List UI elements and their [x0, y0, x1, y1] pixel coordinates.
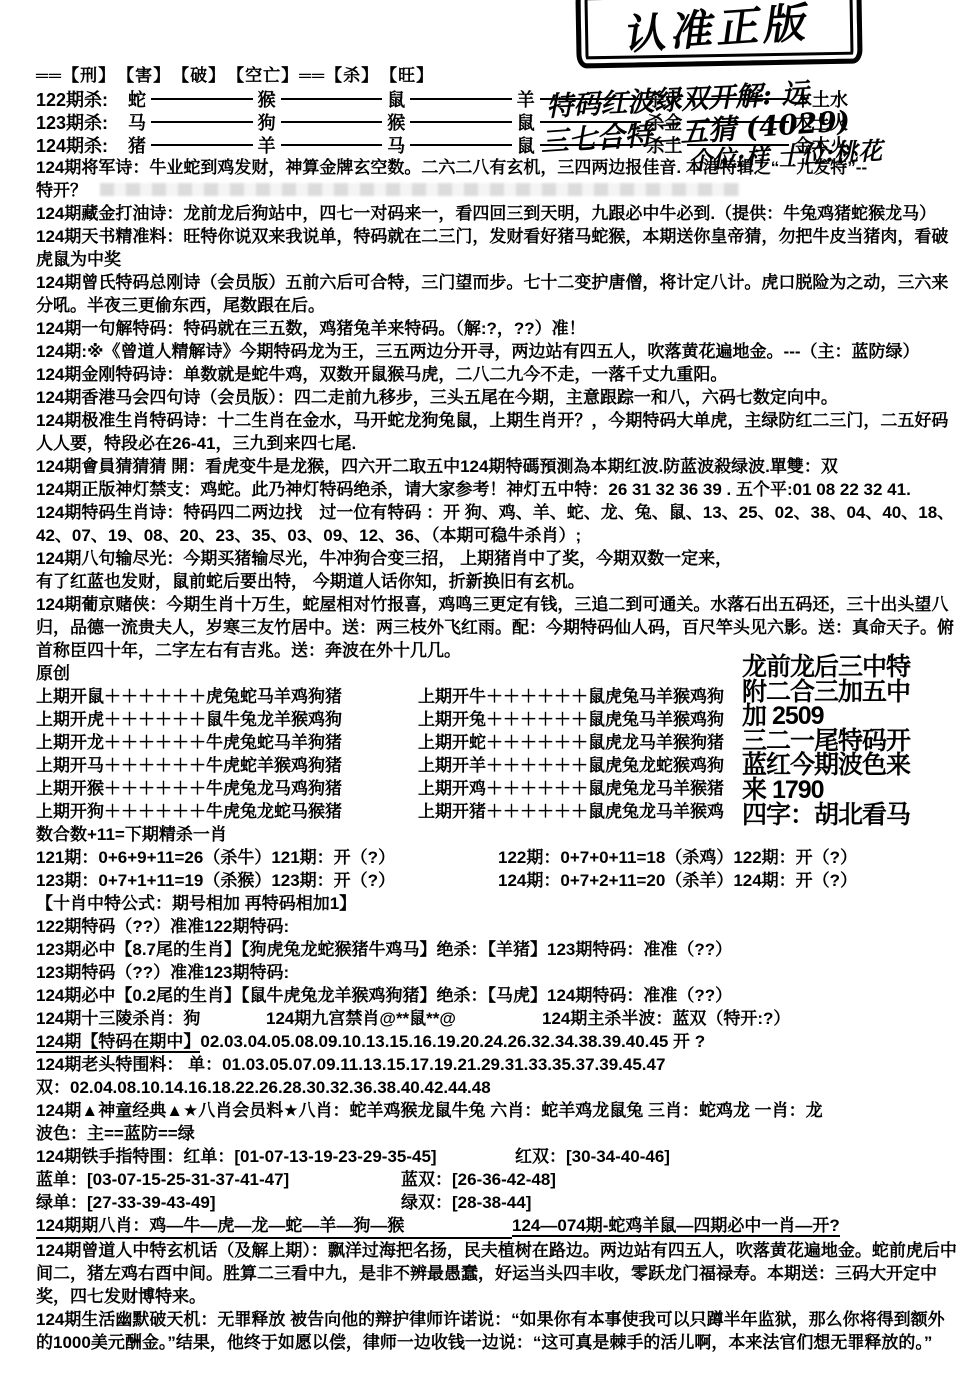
line-t123: 123期特码（??）准准123期特码:: [36, 961, 960, 984]
line-shentong: 124期▲神童经典▲★八肖会员料★八肖：蛇羊鸡猴龙鼠牛兔 六肖：蛇羊鸡龙鼠兔 三…: [36, 1099, 960, 1122]
lottery-tip-sheet: 认准正版 特码红波绿双开解: 远 三七合特二五猜 (4029) 个位:样 十位:…: [0, 0, 968, 1388]
kill-table-header: ══【刑】 【害】 【破】 【空亡】══【杀】 【旺】: [36, 64, 960, 87]
line-shengxiao-poem: 124期特码生肖诗：特码四二两边找 过一位有特码 ：开 狗、鸡、羊、蛇、龙、兔、…: [36, 501, 960, 547]
line-hkjc-poem: 124期香港马会四句诗（会员版）：四二走前九移步，三头五尾在今期，主意跟踪一和八…: [36, 386, 960, 409]
line-b123: 123期必中【8.7尾的生肖】【狗虎兔龙蛇猴猪牛鸡马】绝杀：【羊猪】123期特码…: [36, 938, 960, 961]
line-yuanchuang: 原创: [36, 662, 960, 685]
line-zengdao-poem: 124期:※《曾道人精解诗》今期特码龙为王，三五两边分开寻，两边站有四五人，吹落…: [36, 340, 960, 363]
line-laotou-even: 双：02.04.08.10.14.16.18.22.26.28.30.32.36…: [36, 1076, 960, 1099]
zodiac-row: 上期开蛇＋＋＋＋＋＋鼠虎龙马羊猴狗猪: [418, 731, 788, 754]
zodiac-row: 上期开龙＋＋＋＋＋＋牛虎兔蛇马羊狗猪: [36, 731, 390, 754]
line-laotou-odd: 124期老头特围料： 单：01.03.05.07.09.11.13.15.17.…: [36, 1053, 960, 1076]
line-b124: 124期必中【0.2尾的生肖】【鼠牛虎兔龙羊猴鸡狗猪】绝杀：【马虎】124期特码…: [36, 984, 960, 1007]
line-shisanling: 124期十三陵杀肖：狗124期九宫禁肖@**鼠**@124期主杀半波：蓝双（特开…: [36, 1007, 960, 1030]
authenticity-stamp: 认准正版: [575, 0, 862, 68]
zodiac-row: 上期开猴＋＋＋＋＋＋牛虎兔龙马鸡狗猪: [36, 777, 390, 800]
line-baju-2: 有了红蓝也发财，鼠前蛇后要出特， 今期道人话你知，折新换旧有玄机。: [36, 570, 960, 593]
line-shuhe-formula: 数合数+11=下期精杀一肖: [36, 823, 960, 846]
line-gongshi: 【十肖中特公式：期号相加 再特码相加1】: [36, 892, 960, 915]
zodiac-row: 上期开猪＋＋＋＋＋＋鼠虎兔龙马羊猴鸡: [418, 800, 788, 823]
line-xuanji: 124期曾道人中特玄机话（及解上期）：飘洋过海把名扬，民夫植树在路边。两边站有四…: [36, 1239, 960, 1308]
formula-row-1: 121期：0+6+9+11=26（杀牛）121期：开（?）122期：0+7+0+…: [36, 846, 960, 869]
line-pujing-duxia: 124期葡京赌侠：今期生肖十万生，蛇屋相对竹报喜，鸡鸣三更定有钱，三追二到可通关…: [36, 593, 960, 662]
line-t122: 122期特码（??）准准122期特码:: [36, 915, 960, 938]
line-tianshu: 124期天书精准料：旺特你说双来我说单，特码就在二三门，发财看好猪马蛇猴，本期送…: [36, 225, 960, 271]
line-baju-1: 124期八句输尽光：今期买猪输尽光，牛冲狗合变三招， 上期猪肖中了奖，今期双数一…: [36, 547, 960, 570]
line-cangjin-poem: 124期藏金打油诗：龙前龙后狗站中，四七一对码来一，看四回三到天明，九跟必中牛必…: [36, 202, 960, 225]
line-yiju-jiete: 124期一句解特码：特码就在三五数，鸡猪兔羊来特码。（解:?，??）准！: [36, 317, 960, 340]
kill-table-row: 124期杀: 猪 羊 马 鼠 杀土 金木火: [36, 133, 848, 156]
line-zaiqizhong: 124期【特码在期中】02.03.04.05.08.09.10.13.15.16…: [36, 1030, 960, 1053]
kill-table-row: 123期杀: 马 狗 猴 鼠 杀金 木土火: [36, 110, 848, 133]
stamp-text: 认准正版: [622, 0, 816, 62]
zodiac-row: 上期开鸡＋＋＋＋＋＋鼠虎兔龙马羊猴猪: [418, 777, 788, 800]
line-zengshi-poem: 124期曾氏特码总刚诗（会员版）五前六后可合特，三门望而步。七十二变护唐僧，将计…: [36, 271, 960, 317]
line-shendeng: 124期正版神灯禁支：鸡蛇。此乃神灯特码绝杀，请大家参考！神灯五中特：26 31…: [36, 478, 960, 501]
tieshou-row-blue: 蓝单：[03-07-15-25-31-37-41-47]蓝双：[26-36-42…: [36, 1168, 960, 1191]
line-qibaxiao: 124期期八肖：鸡—牛—虎—龙—蛇—羊—狗—猴124—074期-蛇鸡羊鼠—四期必…: [36, 1214, 960, 1239]
line-huiyuan-guess: 124期會員猜猜猜 開：看虎变牛是龙猴，四六开二取五中124期特碼預測為本期红波…: [36, 455, 960, 478]
zodiac-row: 上期开羊＋＋＋＋＋＋鼠虎兔龙蛇猴鸡狗: [418, 754, 788, 777]
line-tekai: 特开？: [36, 179, 960, 202]
line-bose: 波色：主==蓝防==绿: [36, 1122, 960, 1145]
line-jizhun-poem: 124期极准生肖特码诗：十二生肖在金水，马开蛇龙狗兔鼠，上期生肖开？，今期特码大…: [36, 409, 960, 455]
zodiac-reference-table: 上期开鼠＋＋＋＋＋＋虎兔蛇马羊鸡狗猪 上期开虎＋＋＋＋＋＋鼠牛兔龙羊猴鸡狗 上期…: [36, 685, 960, 823]
zodiac-right-column: 上期开牛＋＋＋＋＋＋鼠虎兔马羊猴鸡狗 上期开兔＋＋＋＋＋＋鼠虎兔马羊猴鸡狗 上期…: [418, 685, 788, 823]
line-jingang-poem: 124期金刚特码诗：单数就是蛇牛鸡，双数开鼠猴马虎，二八二九今不走，一落千丈九重…: [36, 363, 960, 386]
line-jiangjun-poem: 124期将军诗：牛业蛇到鸡发财，神算金牌玄空数。二六二八有玄机，三四两边报佳音.…: [36, 156, 960, 179]
kill-table-row: 122期杀: 蛇 猴 鼠 羊 杀火 木土水: [36, 87, 848, 110]
zodiac-row: 上期开马＋＋＋＋＋＋牛虎蛇羊猴鸡狗猪: [36, 754, 390, 777]
main-text-column: ══【刑】 【害】 【破】 【空亡】══【杀】 【旺】 122期杀: 蛇 猴 鼠…: [36, 64, 960, 1354]
zodiac-row: 上期开鼠＋＋＋＋＋＋虎兔蛇马羊鸡狗猪: [36, 685, 390, 708]
tieshou-row-green: 绿单：[27-33-39-43-49]绿双：[28-38-44]: [36, 1191, 960, 1214]
zodiac-row: 上期开兔＋＋＋＋＋＋鼠虎兔马羊猴鸡狗: [418, 708, 788, 731]
zodiac-row: 上期开狗＋＋＋＋＋＋牛虎兔龙蛇马猴猪: [36, 800, 390, 823]
zodiac-left-column: 上期开鼠＋＋＋＋＋＋虎兔蛇马羊鸡狗猪 上期开虎＋＋＋＋＋＋鼠牛兔龙羊猴鸡狗 上期…: [36, 685, 390, 823]
zodiac-row: 上期开虎＋＋＋＋＋＋鼠牛兔龙羊猴鸡狗: [36, 708, 390, 731]
line-youmo: 124期生活幽默破天机：无罪释放 被告向他的辩护律师许诺说：“如果你有本事使我可…: [36, 1308, 960, 1354]
tieshou-row-red: 124期铁手指特围：红单：[01-07-13-19-23-29-35-45]红双…: [36, 1145, 960, 1168]
zodiac-row: 上期开牛＋＋＋＋＋＋鼠虎兔马羊猴鸡狗: [418, 685, 788, 708]
formula-row-2: 123期：0+7+1+11=19（杀猴）123期：开（?）124期：0+7+2+…: [36, 869, 960, 892]
